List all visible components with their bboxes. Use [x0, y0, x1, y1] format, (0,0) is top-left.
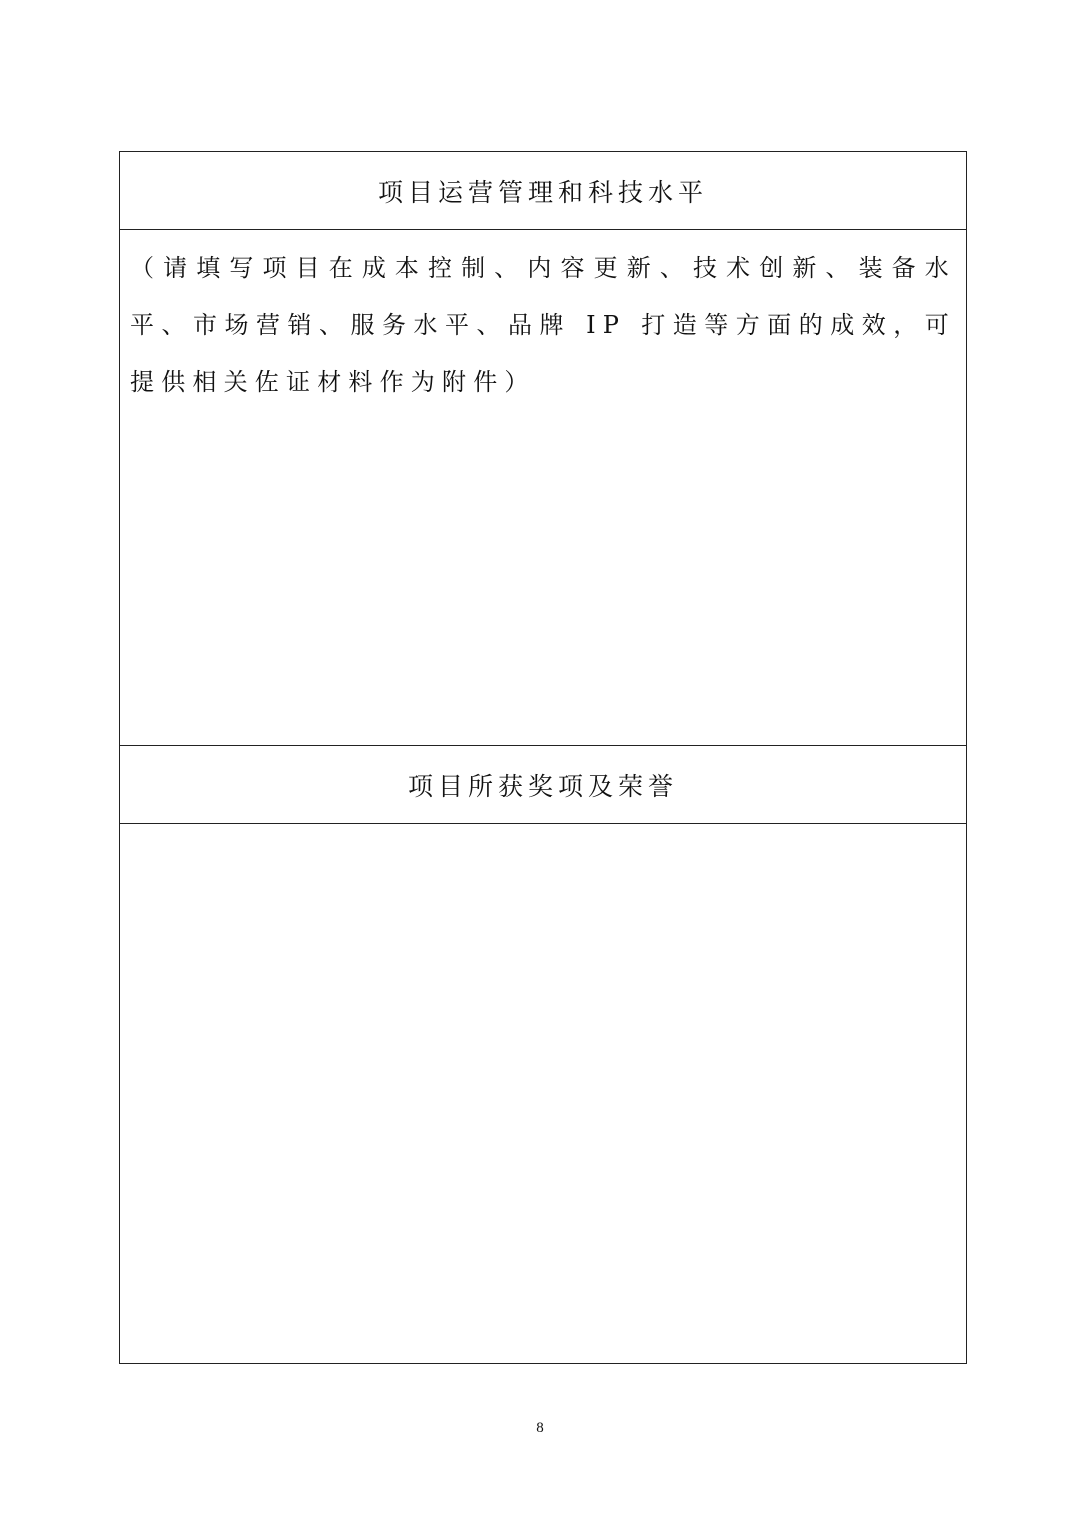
section-heading-operations: 项目运营管理和科技水平 [120, 152, 966, 230]
instruction-text: （请填写项目在成本控制、内容更新、技术创新、装备水平、市场营销、服务水平、品牌 … [120, 230, 966, 411]
section-body-operations[interactable]: （请填写项目在成本控制、内容更新、技术创新、装备水平、市场营销、服务水平、品牌 … [120, 230, 966, 746]
page-number: 8 [0, 1420, 1080, 1437]
section-heading-awards: 项目所获奖项及荣誉 [120, 746, 966, 824]
section-body-awards[interactable] [120, 824, 966, 1363]
form-table: 项目运营管理和科技水平 （请填写项目在成本控制、内容更新、技术创新、装备水平、市… [119, 151, 967, 1364]
